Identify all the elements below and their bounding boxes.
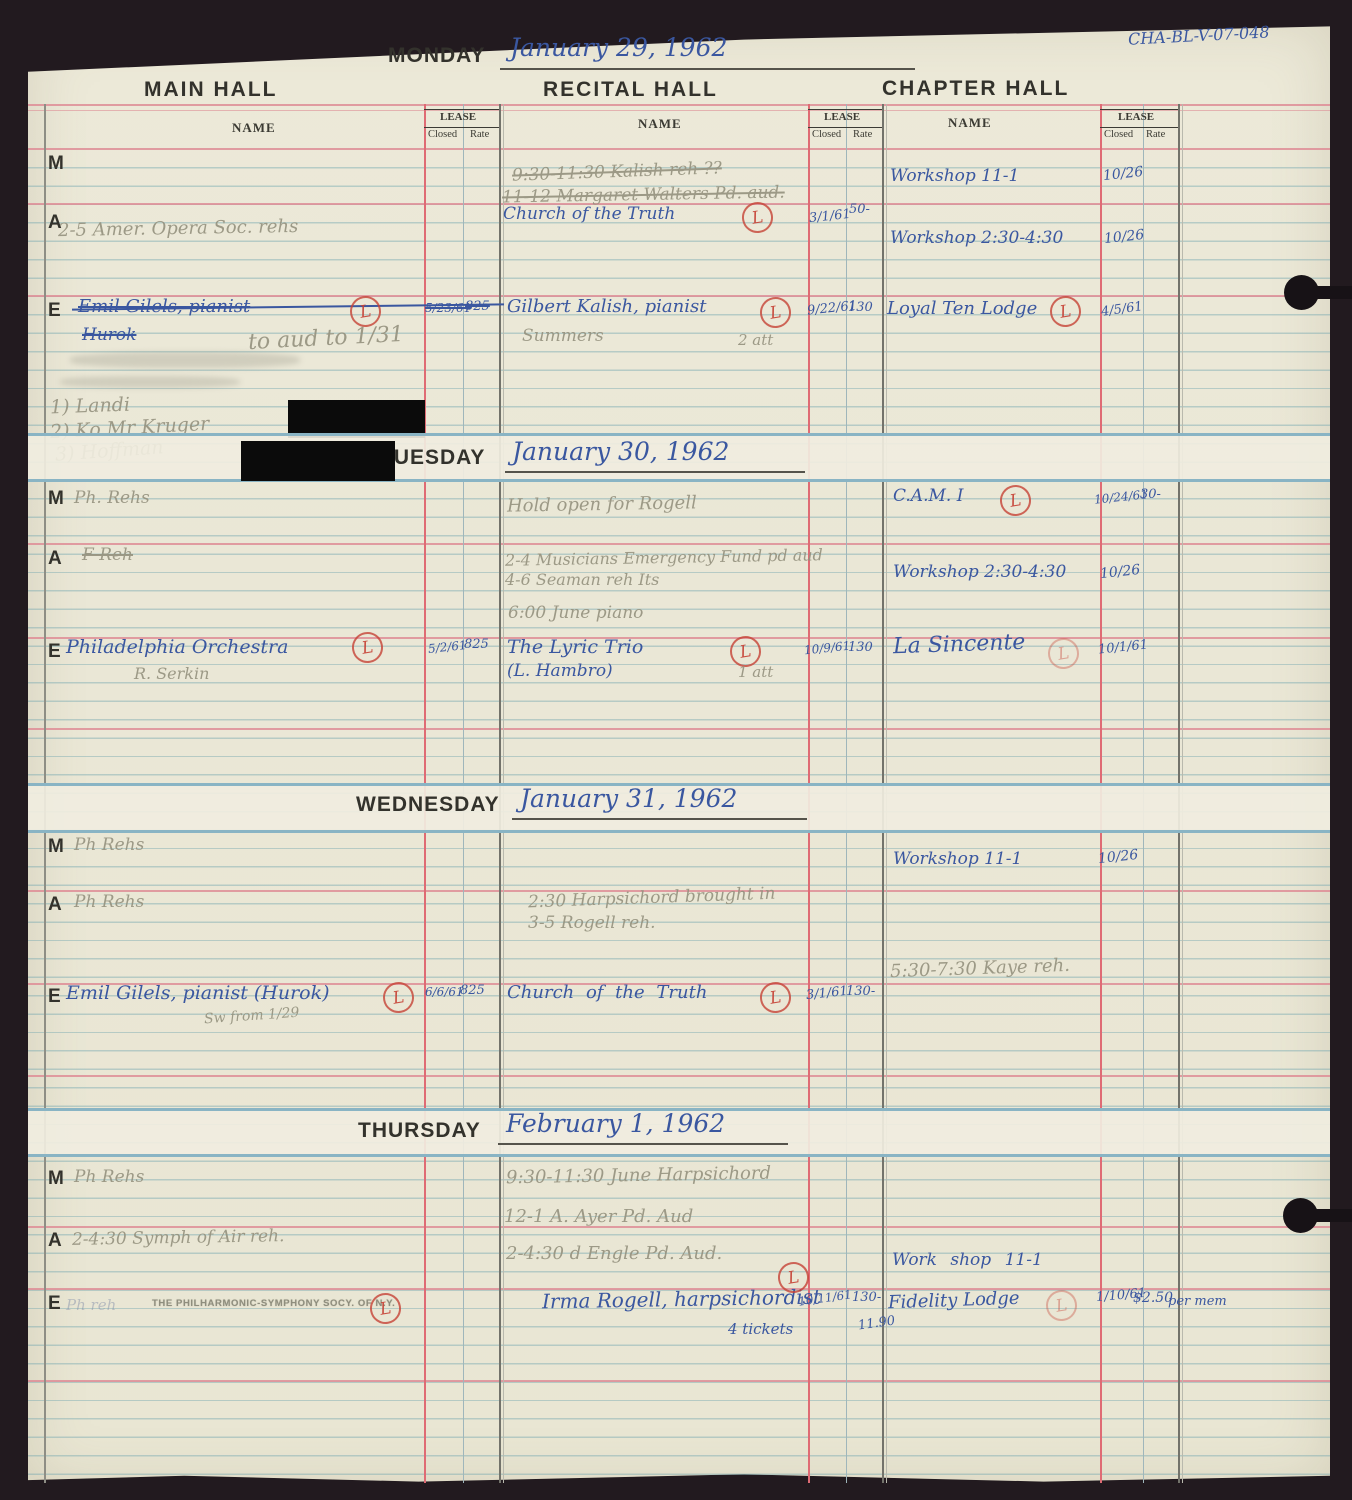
entry-chapter-evening: La Sincente [893,630,1026,660]
date-wednesday: January 31, 1962 [520,784,737,813]
entry-recital-evening-att: 2 att [738,331,773,349]
date-thursday: February 1, 1962 [506,1109,725,1138]
entry-main-afternoon-crossed: F Reh [82,545,133,565]
lease-closed-header-main: Closed [428,129,457,140]
entry-recital-evening: The Lyric Trio [507,636,643,658]
entry-recital-afternoon-2: 3-5 Rogell reh. [528,913,656,933]
date-tuesday: January 30, 1962 [512,437,729,466]
entry-main-evening-rate: 825 [465,299,490,314]
lease-header-main: LEASE [440,111,476,123]
entry-chapter-afternoon: Work shop 11-1 [892,1250,1043,1270]
entry-recital-afternoon-rate: 50- [849,202,870,217]
day-label-wednesday: WEDNESDAY [356,793,500,817]
lease-rate-header-chapter: Rate [1146,129,1165,140]
entry-main-evening-closed: 6/6/61 [425,985,464,999]
entry-chapter-evening: Loyal Ten Lodge [887,298,1037,319]
grid-line [28,1075,1330,1077]
entry-recital-evening-sub: 4 tickets [728,1320,793,1338]
lease-box-line [1100,127,1178,128]
row-label-afternoon: A [48,1230,62,1252]
entry-main-afternoon: 2-5 Amer. Opera Soc. rehs [58,216,299,241]
entry-main-evening-sub: R. Serkin [134,664,209,683]
row-label-evening: E [48,1293,61,1315]
grid-line [28,543,1330,545]
lease-closed-header-recital: Closed [812,129,841,140]
entry-main-morning: Ph Rehs [74,835,144,855]
entry-main-morning: Ph Rehs [74,1167,144,1187]
day-label-thursday: THURSDAY [358,1119,481,1143]
entry-main-evening-rate: 825 [464,637,489,652]
row-label-evening: E [48,986,61,1008]
entry-chapter-afternoon: Workshop 2:30-4:30 [893,562,1066,582]
redaction-box [241,441,395,481]
entry-chapter-morning: Workshop 11-1 [890,166,1019,186]
entry-main-morning: Ph. Rehs [74,488,150,508]
date-underline [505,471,805,473]
row-label-afternoon: A [48,894,62,916]
entry-main-evening-rate: 825 [460,983,485,998]
entry-recital-afternoon-2: 4-6 Seaman reh Its [505,570,659,589]
scanned-ledger-screenshot: { "page": { "archive_code": "CHA-BL-V-07… [0,0,1352,1500]
lease-box-line [808,109,882,110]
column-header-name-recital: NAME [638,116,682,132]
lease-box-line [1100,109,1178,110]
entry-recital-evening-att: 1 att [738,663,773,681]
entry-main-afternoon: 2-4:30 Symph of Air reh. [72,1226,285,1250]
grid-line [28,728,1330,730]
entry-chapter-morning: Workshop 11-1 [893,849,1022,869]
lease-header-chapter: LEASE [1118,111,1154,123]
entry-recital-evening-rate: 130- [852,1290,881,1305]
lease-closed-header-chapter: Closed [1104,129,1133,140]
entry-chapter-afternoon: Workshop 2:30-4:30 [890,228,1063,248]
lease-header-recital: LEASE [824,111,860,123]
entry-main-evening: Emil Gilels, pianist (Hurok) [66,982,330,1004]
column-header-name-chapter: NAME [948,115,992,131]
hall-title-main: MAIN HALL [144,78,277,102]
entry-chapter-morning: C.A.M. I [893,486,963,506]
day-label-tuesday: TUESDAY [380,446,485,470]
entry-recital-evening-sub: Summers [522,326,604,346]
row-label-evening: E [48,300,61,322]
row-label-afternoon: A [48,548,62,570]
memo-line-1: 1) Landi [50,394,131,419]
entry-recital-morning: Hold open for Rogell [507,492,697,516]
entry-recital-evening-rate: 130 [848,640,873,655]
entry-recital-afternoon: 2-4:30 d Engle Pd. Aud. [506,1243,722,1264]
entry-recital-evening: Church of the Truth [507,982,707,1003]
entry-recital-evening-rate: 130- [846,984,875,999]
entry-recital-midday: 12-1 A. Ayer Pd. Aud [504,1206,693,1227]
entry-recital-afternoon: Church of the Truth [503,204,675,224]
entry-recital-evening-sub: (L. Hambro) [507,661,613,681]
row-label-morning: M [48,836,64,858]
lease-rate-header-recital: Rate [853,129,872,140]
lease-box-line [808,127,882,128]
date-monday: January 29, 1962 [510,33,727,62]
binder-hole-stem [1312,286,1352,299]
date-underline [500,68,915,70]
binder-hole-stem [1311,1209,1352,1222]
grid-line [28,1380,1330,1382]
entry-main-evening-crossed-2: Hurok [82,325,136,345]
row-label-morning: M [48,153,64,175]
entry-recital-evening-rate: 130 [848,300,873,315]
entry-main-afternoon: Ph Rehs [74,892,144,912]
day-label-monday: MONDAY [388,44,485,68]
column-header-name-main: NAME [232,120,276,136]
row-label-morning: M [48,488,64,510]
entry-recital-midday: 6:00 June piano [508,603,643,623]
entry-main-evening: Philadelphia Orchestra [66,636,288,658]
row-label-evening: E [48,641,61,663]
hall-title-chapter: CHAPTER HALL [882,77,1069,101]
grid-line [28,148,1330,150]
lease-rate-header-main: Rate [470,129,489,140]
lease-box-line [424,127,499,128]
hall-title-recital: RECITAL HALL [543,78,718,102]
grid-line [28,104,1330,106]
pencil-smudge [60,376,240,388]
row-label-morning: M [48,1168,64,1190]
entry-recital-evening: Irma Rogell, harpsichordist [542,1285,821,1314]
philharmonic-stamp: THE PHILHARMONIC-SYMPHONY SOCY. OF N.Y. [152,1298,395,1309]
entry-main-evening-scribble: Ph reh [66,1296,116,1314]
entry-chapter-evening-rate-note: per mem [1168,1294,1227,1309]
pencil-smudge [70,352,300,368]
entry-recital-evening: Gilbert Kalish, pianist [507,296,706,317]
lease-box-line [424,109,499,110]
date-underline [512,818,807,820]
entry-chapter-morning-rate: 30- [1140,487,1161,502]
date-underline [498,1143,788,1145]
